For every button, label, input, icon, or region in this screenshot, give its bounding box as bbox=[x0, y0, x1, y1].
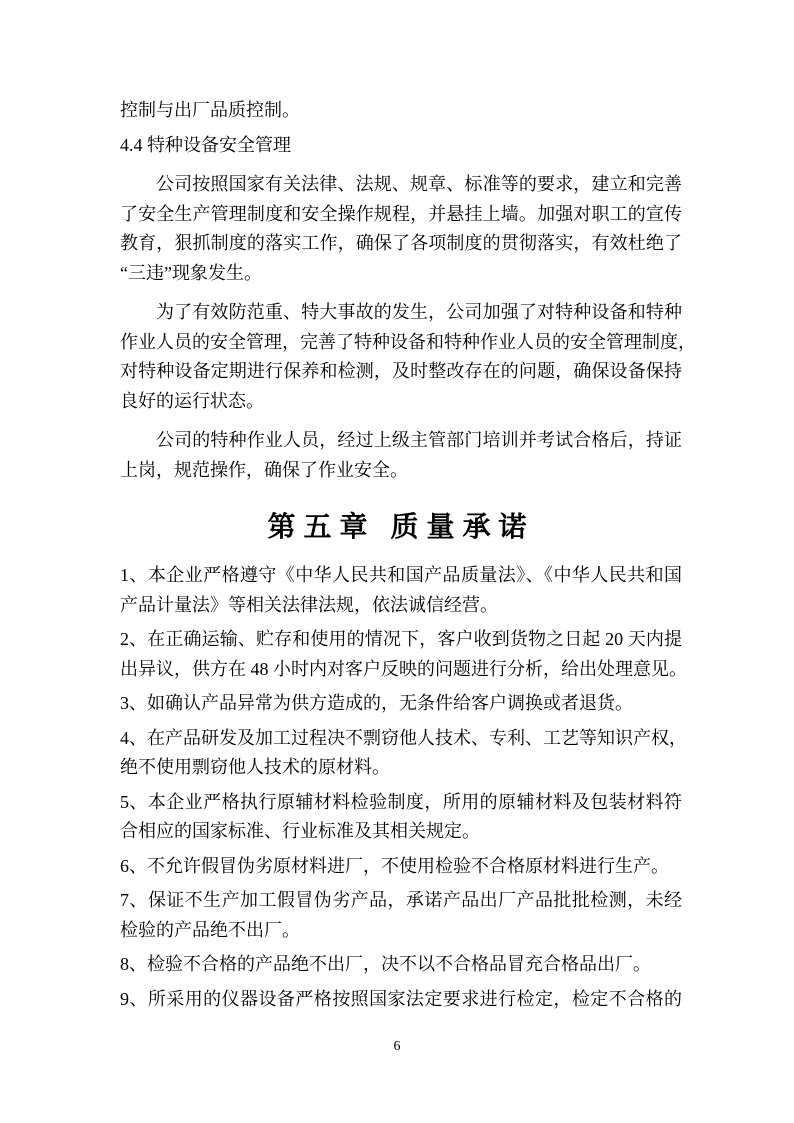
numbered-item: 3、如确认产品异常为供方造成的，无条件给客户调换或者退货。 bbox=[120, 689, 682, 719]
paragraph-line: 上岗，规范操作，确保了作业安全。 bbox=[120, 456, 682, 486]
item-line: 3、如确认产品异常为供方造成的，无条件给客户调换或者退货。 bbox=[120, 689, 682, 719]
body-paragraph: 公司按照国家有关法律、法规、规章、标准等的要求，建立和完善 了安全生产管理制度和… bbox=[120, 170, 682, 288]
item-line: 2、在正确运输、贮存和使用的情况下，客户收到货物之日起 20 天内提 bbox=[120, 625, 682, 655]
item-line: 合相应的国家标准、行业标准及其相关规定。 bbox=[120, 817, 682, 847]
item-line: 出异议，供方在 48 小时内对客户反映的问题进行分析，给出处理意见。 bbox=[120, 655, 682, 685]
content-area: 控制与出厂品质控制。 4.4 特种设备安全管理 公司按照国家有关法律、法规、规章… bbox=[120, 96, 682, 1014]
item-line: 绝不使用剽窃他人技术的原材料。 bbox=[120, 753, 682, 783]
numbered-item: 7、保证不生产加工假冒伪劣产品，承诺产品出厂产品批批检测，未经 检验的产品绝不出… bbox=[120, 886, 682, 945]
paragraph-line: 教育，狠抓制度的落实工作，确保了各项制度的贯彻落实，有效杜绝了 bbox=[120, 229, 682, 259]
item-line: 检验的产品绝不出厂。 bbox=[120, 916, 682, 946]
item-line: 9、所采用的仪器设备严格按照国家法定要求进行检定，检定不合格的 bbox=[120, 985, 682, 1015]
paragraph-line: 了安全生产管理制度和安全操作规程，并悬挂上墙。加强对职工的宣传 bbox=[120, 200, 682, 230]
paragraph-line: 公司的特种作业人员，经过上级主管部门培训并考试合格后，持证 bbox=[120, 426, 682, 456]
body-paragraph: 公司的特种作业人员，经过上级主管部门培训并考试合格后，持证 上岗，规范操作，确保… bbox=[120, 426, 682, 485]
document-page: 控制与出厂品质控制。 4.4 特种设备安全管理 公司按照国家有关法律、法规、规章… bbox=[0, 0, 794, 1123]
item-line: 1、本企业严格遵守《中华人民共和国产品质量法》、《中华人民共和国 bbox=[120, 561, 682, 591]
section-heading: 4.4 特种设备安全管理 bbox=[120, 131, 682, 161]
chapter-heading: 第五章 质量承诺 bbox=[120, 506, 682, 550]
numbered-item: 5、本企业严格执行原辅材料检验制度，所用的原辅材料及包装材料符 合相应的国家标准… bbox=[120, 788, 682, 847]
paragraph-line: 对特种设备定期进行保养和检测，及时整改存在的问题，确保设备保持 bbox=[120, 357, 682, 387]
numbered-item: 6、不允许假冒伪劣原材料进厂，不使用检验不合格原材料进行生产。 bbox=[120, 852, 682, 882]
numbered-item: 4、在产品研发及加工过程决不剽窃他人技术、专利、工艺等知识产权， 绝不使用剽窃他… bbox=[120, 724, 682, 783]
item-line: 8、检验不合格的产品绝不出厂，决不以不合格品冒充合格品出厂。 bbox=[120, 950, 682, 980]
leading-line: 控制与出厂品质控制。 bbox=[120, 96, 682, 126]
item-line: 4、在产品研发及加工过程决不剽窃他人技术、专利、工艺等知识产权， bbox=[120, 724, 682, 754]
item-line: 7、保证不生产加工假冒伪劣产品，承诺产品出厂产品批批检测，未经 bbox=[120, 886, 682, 916]
numbered-item: 9、所采用的仪器设备严格按照国家法定要求进行检定，检定不合格的 bbox=[120, 985, 682, 1015]
paragraph-line: 公司按照国家有关法律、法规、规章、标准等的要求，建立和完善 bbox=[120, 170, 682, 200]
paragraph-line: 为了有效防范重、特大事故的发生，公司加强了对特种设备和特种 bbox=[120, 298, 682, 328]
item-line: 产品计量法》等相关法律法规，依法诚信经营。 bbox=[120, 591, 682, 621]
numbered-item: 8、检验不合格的产品绝不出厂，决不以不合格品冒充合格品出厂。 bbox=[120, 950, 682, 980]
paragraph-line: 良好的运行状态。 bbox=[120, 387, 682, 417]
body-paragraph: 为了有效防范重、特大事故的发生，公司加强了对特种设备和特种 作业人员的安全管理，… bbox=[120, 298, 682, 416]
paragraph-line: 作业人员的安全管理，完善了特种设备和特种作业人员的安全管理制度， bbox=[120, 328, 682, 358]
numbered-item: 1、本企业严格遵守《中华人民共和国产品质量法》、《中华人民共和国 产品计量法》等… bbox=[120, 561, 682, 620]
numbered-item: 2、在正确运输、贮存和使用的情况下，客户收到货物之日起 20 天内提 出异议，供… bbox=[120, 625, 682, 684]
item-line: 6、不允许假冒伪劣原材料进厂，不使用检验不合格原材料进行生产。 bbox=[120, 852, 682, 882]
item-line: 5、本企业严格执行原辅材料检验制度，所用的原辅材料及包装材料符 bbox=[120, 788, 682, 818]
paragraph-line: “三违”现象发生。 bbox=[120, 259, 682, 289]
page-number: 6 bbox=[0, 1038, 794, 1056]
